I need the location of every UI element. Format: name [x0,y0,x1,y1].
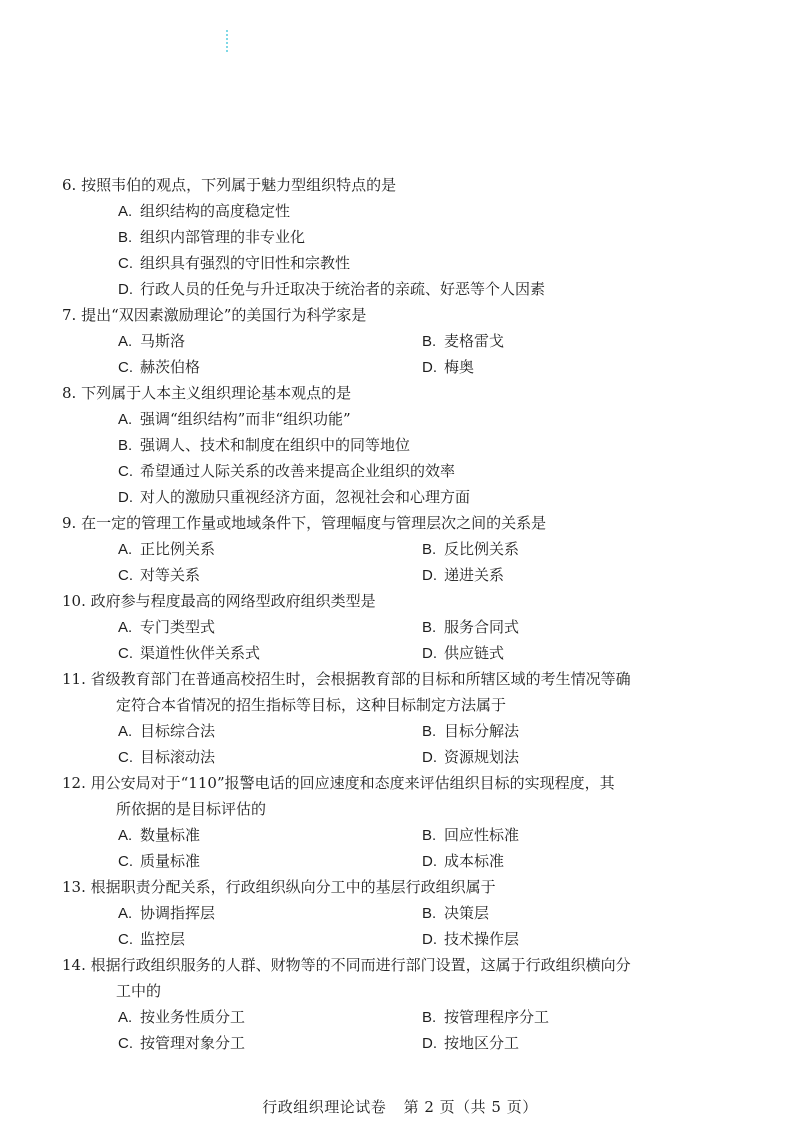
scan-mark [226,30,232,52]
option-text: 梅奥 [444,358,474,376]
option-a: A.目标综合法 [62,718,422,744]
option-letter: A. [118,329,140,355]
option-text: 渠道性伙伴关系式 [140,644,260,662]
option-letter: B. [422,537,444,563]
option-text: 对等关系 [140,566,200,584]
question-12: 12. 用公安局对于“110”报警电话的回应速度和态度来评估组织目标的实现程度，… [62,770,742,874]
option-letter: D. [118,277,140,303]
option-letter: D. [422,355,444,381]
option-letter: B. [118,225,140,251]
exam-title: 行政组织理论试卷 [262,1098,386,1116]
option-text: 质量标准 [140,852,200,870]
question-stem: 14. 根据行政组织服务的人群、财物等的不同而进行部门设置，这属于行政组织横向分 [62,952,742,978]
question-stem-continued: 定符合本省情况的招生指标等目标，这种目标制定方法属于 [62,692,742,718]
option-letter: C. [118,355,140,381]
stem-text: 省级教育部门在普通高校招生时，会根据教育部的目标和所辖区域的考生情况等确 [91,670,631,688]
option-b: B.组织内部管理的非专业化 [62,224,742,250]
stem-text: 用公安局对于“110”报警电话的回应速度和态度来评估组织目标的实现程度，其 [91,774,615,792]
option-a: A.强调“组织结构”而非“组织功能” [62,406,742,432]
option-text: 目标分解法 [444,722,519,740]
option-text: 技术操作层 [444,930,519,948]
option-text: 按业务性质分工 [140,1008,245,1026]
option-letter: A. [118,719,140,745]
option-text: 对人的激励只重视经济方面，忽视社会和心理方面 [140,488,470,506]
option-letter: B. [422,1005,444,1031]
option-b: B.回应性标准 [422,822,722,848]
option-d: D.对人的激励只重视经济方面，忽视社会和心理方面 [62,484,742,510]
option-c: C.目标滚动法 [62,744,422,770]
option-letter: D. [422,563,444,589]
option-letter: B. [422,329,444,355]
option-letter: A. [118,199,140,225]
question-stem: 8. 下列属于人本主义组织理论基本观点的是 [62,380,742,406]
option-c: C.监控层 [62,926,422,952]
option-a: A.协调指挥层 [62,900,422,926]
option-d: D.技术操作层 [422,926,722,952]
option-letter: C. [118,251,140,277]
option-letter: D. [118,485,140,511]
option-text: 资源规划法 [444,748,519,766]
question-7: 7. 提出“双因素激励理论”的美国行为科学家是 A.马斯洛 B.麦格雷戈 C.赫… [62,302,742,380]
option-d: D.梅奥 [422,354,722,380]
option-text: 反比例关系 [444,540,519,558]
stem-text: 按照韦伯的观点，下列属于魅力型组织特点的是 [81,176,396,194]
question-list: 6. 按照韦伯的观点，下列属于魅力型组织特点的是 A.组织结构的高度稳定性 B.… [62,172,742,1056]
question-number: 12. [62,770,86,796]
option-c: C.按管理对象分工 [62,1030,422,1056]
option-text: 按地区分工 [444,1034,519,1052]
option-text: 组织结构的高度稳定性 [140,202,290,220]
option-letter: B. [118,433,140,459]
option-letter: A. [118,615,140,641]
option-a: A.马斯洛 [62,328,422,354]
option-letter: D. [422,641,444,667]
question-11: 11. 省级教育部门在普通高校招生时，会根据教育部的目标和所辖区域的考生情况等确… [62,666,742,770]
question-stem: 13. 根据职责分配关系，行政组织纵向分工中的基层行政组织属于 [62,874,742,900]
option-a: A.数量标准 [62,822,422,848]
page-number: 第 2 页（共 5 页） [404,1098,538,1116]
option-text: 赫茨伯格 [140,358,200,376]
stem-text: 提出“双因素激励理论”的美国行为科学家是 [81,306,366,324]
option-letter: B. [422,901,444,927]
option-letter: A. [118,823,140,849]
option-b: B.按管理程序分工 [422,1004,722,1030]
option-c: C.赫茨伯格 [62,354,422,380]
option-c: C.组织具有强烈的守旧性和宗教性 [62,250,742,276]
option-d: D.供应链式 [422,640,722,666]
question-number: 9. [62,510,76,536]
option-text: 强调人、技术和制度在组织中的同等地位 [140,436,410,454]
option-letter: C. [118,745,140,771]
option-letter: C. [118,849,140,875]
option-letter: C. [118,927,140,953]
option-b: B.反比例关系 [422,536,722,562]
option-letter: D. [422,745,444,771]
question-number: 8. [62,380,76,406]
option-text: 麦格雷戈 [444,332,504,350]
option-letter: B. [422,823,444,849]
question-9: 9. 在一定的管理工作量或地域条件下，管理幅度与管理层次之间的关系是 A.正比例… [62,510,742,588]
option-b: B.服务合同式 [422,614,722,640]
option-text: 正比例关系 [140,540,215,558]
option-text: 目标滚动法 [140,748,215,766]
option-letter: C. [118,563,140,589]
question-6: 6. 按照韦伯的观点，下列属于魅力型组织特点的是 A.组织结构的高度稳定性 B.… [62,172,742,302]
option-text: 马斯洛 [140,332,185,350]
question-number: 11. [62,666,86,692]
question-stem: 6. 按照韦伯的观点，下列属于魅力型组织特点的是 [62,172,742,198]
option-text: 供应链式 [444,644,504,662]
page-footer: 行政组织理论试卷 第 2 页（共 5 页） [0,1096,800,1117]
option-letter: D. [422,849,444,875]
question-stem-continued: 所依据的是目标评估的 [62,796,742,822]
option-text: 服务合同式 [444,618,519,636]
question-stem: 7. 提出“双因素激励理论”的美国行为科学家是 [62,302,742,328]
option-letter: D. [422,927,444,953]
option-c: C.希望通过人际关系的改善来提高企业组织的效率 [62,458,742,484]
question-13: 13. 根据职责分配关系，行政组织纵向分工中的基层行政组织属于 A.协调指挥层 … [62,874,742,952]
option-c: C.渠道性伙伴关系式 [62,640,422,666]
option-d: D.按地区分工 [422,1030,722,1056]
stem-text: 在一定的管理工作量或地域条件下，管理幅度与管理层次之间的关系是 [81,514,546,532]
question-number: 6. [62,172,76,198]
option-b: B.目标分解法 [422,718,722,744]
option-text: 数量标准 [140,826,200,844]
question-number: 13. [62,874,86,900]
option-letter: D. [422,1031,444,1057]
question-number: 14. [62,952,86,978]
option-letter: C. [118,459,140,485]
question-stem: 11. 省级教育部门在普通高校招生时，会根据教育部的目标和所辖区域的考生情况等确 [62,666,742,692]
option-c: C.质量标准 [62,848,422,874]
option-letter: A. [118,1005,140,1031]
option-text: 按管理对象分工 [140,1034,245,1052]
question-stem-continued: 工中的 [62,978,742,1004]
option-letter: B. [422,719,444,745]
option-text: 行政人员的任免与升迁取决于统治者的亲疏、好恶等个人因素 [140,280,545,298]
option-text: 组织内部管理的非专业化 [140,228,305,246]
option-text: 成本标准 [444,852,504,870]
question-stem: 9. 在一定的管理工作量或地域条件下，管理幅度与管理层次之间的关系是 [62,510,742,536]
stem-text: 下列属于人本主义组织理论基本观点的是 [81,384,351,402]
exam-page: 6. 按照韦伯的观点，下列属于魅力型组织特点的是 A.组织结构的高度稳定性 B.… [0,0,800,1136]
option-letter: A. [118,537,140,563]
option-b: B.强调人、技术和制度在组织中的同等地位 [62,432,742,458]
option-text: 回应性标准 [444,826,519,844]
option-text: 递进关系 [444,566,504,584]
option-text: 按管理程序分工 [444,1008,549,1026]
option-text: 决策层 [444,904,489,922]
stem-text: 根据行政组织服务的人群、财物等的不同而进行部门设置，这属于行政组织横向分 [91,956,631,974]
option-letter: A. [118,407,140,433]
option-text: 监控层 [140,930,185,948]
stem-text: 政府参与程度最高的网络型政府组织类型是 [91,592,376,610]
question-number: 10. [62,588,86,614]
option-text: 组织具有强烈的守旧性和宗教性 [140,254,350,272]
option-text: 目标综合法 [140,722,215,740]
option-letter: B. [422,615,444,641]
option-d: D.行政人员的任免与升迁取决于统治者的亲疏、好恶等个人因素 [62,276,742,302]
option-a: A.组织结构的高度稳定性 [62,198,742,224]
option-b: B.麦格雷戈 [422,328,722,354]
option-c: C.对等关系 [62,562,422,588]
question-stem: 12. 用公安局对于“110”报警电话的回应速度和态度来评估组织目标的实现程度，… [62,770,742,796]
option-b: B.决策层 [422,900,722,926]
option-text: 专门类型式 [140,618,215,636]
option-d: D.资源规划法 [422,744,722,770]
option-text: 希望通过人际关系的改善来提高企业组织的效率 [140,462,455,480]
option-d: D.递进关系 [422,562,722,588]
option-a: A.按业务性质分工 [62,1004,422,1030]
option-text: 强调“组织结构”而非“组织功能” [140,410,351,428]
question-number: 7. [62,302,76,328]
stem-text: 根据职责分配关系，行政组织纵向分工中的基层行政组织属于 [91,878,496,896]
question-14: 14. 根据行政组织服务的人群、财物等的不同而进行部门设置，这属于行政组织横向分… [62,952,742,1056]
option-letter: C. [118,1031,140,1057]
option-d: D.成本标准 [422,848,722,874]
option-text: 协调指挥层 [140,904,215,922]
option-a: A.正比例关系 [62,536,422,562]
question-10: 10. 政府参与程度最高的网络型政府组织类型是 A.专门类型式 B.服务合同式 … [62,588,742,666]
question-8: 8. 下列属于人本主义组织理论基本观点的是 A.强调“组织结构”而非“组织功能”… [62,380,742,510]
question-stem: 10. 政府参与程度最高的网络型政府组织类型是 [62,588,742,614]
option-letter: C. [118,641,140,667]
option-letter: A. [118,901,140,927]
option-a: A.专门类型式 [62,614,422,640]
